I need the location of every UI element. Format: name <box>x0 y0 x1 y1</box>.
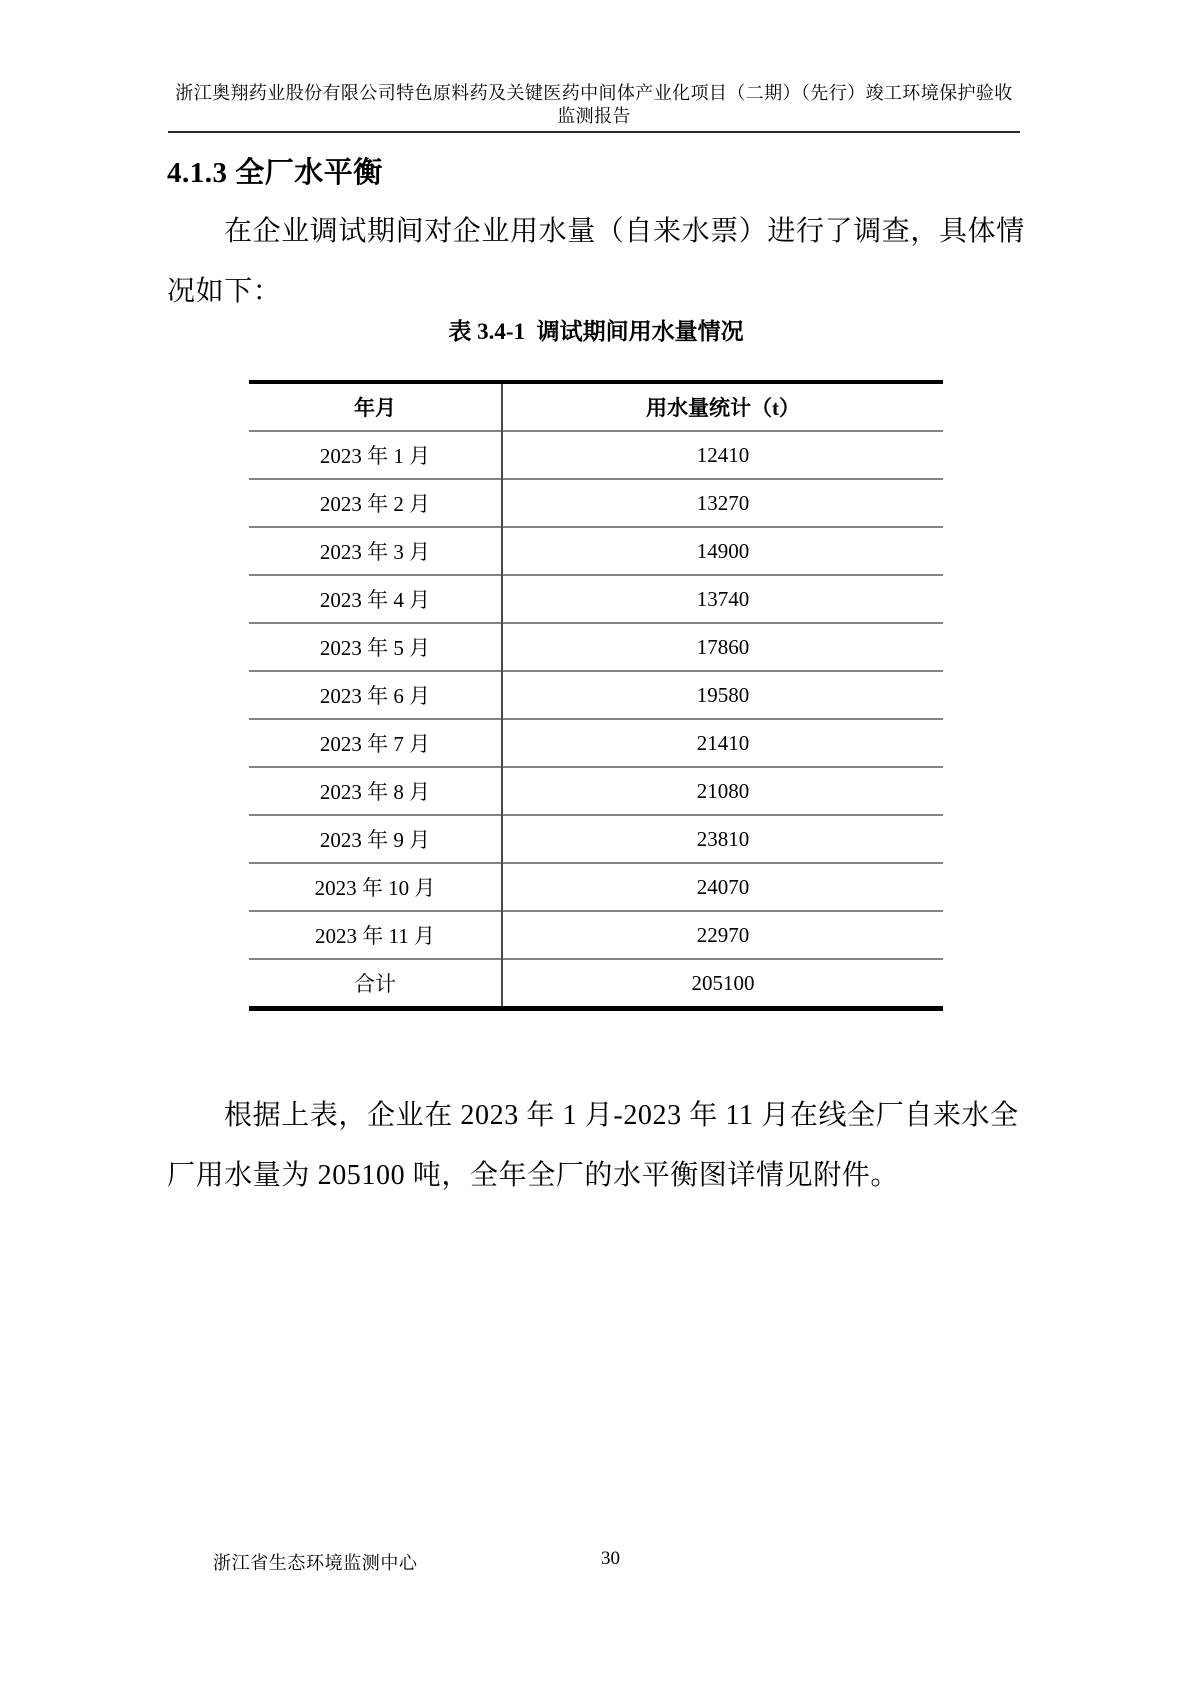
intro-paragraph-line1: 在企业调试期间对企业用水量（自来水票）进行了调查，具体情 <box>224 209 1025 249</box>
table-row: 2023 年 4 月 13740 <box>249 575 943 623</box>
table-row: 2023 年 7 月 21410 <box>249 719 943 767</box>
conclusion-paragraph-line2: 厂用水量为 205100 吨，全年全厂的水平衡图详情见附件。 <box>167 1153 899 1193</box>
table-row: 2023 年 3 月 14900 <box>249 527 943 575</box>
usage-cell: 21080 <box>502 767 943 815</box>
month-cell: 2023 年 6 月 <box>249 671 502 719</box>
usage-cell: 12410 <box>502 431 943 479</box>
water-usage-table: 年月 用水量统计（t） 2023 年 1 月 12410 2023 年 2 月 … <box>249 380 943 1011</box>
usage-cell: 19580 <box>502 671 943 719</box>
column-header-month: 年月 <box>249 382 502 431</box>
table-header-row: 年月 用水量统计（t） <box>249 382 943 431</box>
header-divider <box>168 131 1020 133</box>
month-cell: 2023 年 5 月 <box>249 623 502 671</box>
intro-paragraph-line2: 况如下： <box>167 269 281 309</box>
usage-cell: 13740 <box>502 575 943 623</box>
table-title: 表 3.4-1 调试期间用水量情况 <box>249 313 943 346</box>
month-cell: 2023 年 8 月 <box>249 767 502 815</box>
footer-organization: 浙江省生态环境监测中心 <box>213 1549 418 1575</box>
conclusion-paragraph-line1: 根据上表，企业在 2023 年 1 月-2023 年 11 月在线全厂自来水全 <box>224 1093 1019 1133</box>
month-cell: 2023 年 7 月 <box>249 719 502 767</box>
page-number: 30 <box>601 1548 620 1570</box>
total-label-cell: 合计 <box>249 959 502 1009</box>
document-page: 浙江奥翔药业股份有限公司特色原料药及关键医药中间体产业化项目（二期）（先行）竣工… <box>0 0 1190 1683</box>
running-header: 浙江奥翔药业股份有限公司特色原料药及关键医药中间体产业化项目（二期）（先行）竣工… <box>168 82 1020 128</box>
running-header-line1: 浙江奥翔药业股份有限公司特色原料药及关键医药中间体产业化项目（二期）（先行）竣工… <box>168 82 1020 105</box>
usage-cell: 13270 <box>502 479 943 527</box>
table-row: 2023 年 2 月 13270 <box>249 479 943 527</box>
month-cell: 2023 年 4 月 <box>249 575 502 623</box>
month-cell: 2023 年 11 月 <box>249 911 502 959</box>
total-usage-cell: 205100 <box>502 959 943 1009</box>
month-cell: 2023 年 1 月 <box>249 431 502 479</box>
running-header-line2: 监测报告 <box>168 105 1020 128</box>
table-row: 2023 年 6 月 19580 <box>249 671 943 719</box>
month-cell: 2023 年 3 月 <box>249 527 502 575</box>
usage-cell: 23810 <box>502 815 943 863</box>
table-row: 2023 年 11 月 22970 <box>249 911 943 959</box>
month-cell: 2023 年 9 月 <box>249 815 502 863</box>
usage-cell: 22970 <box>502 911 943 959</box>
table-row: 2023 年 5 月 17860 <box>249 623 943 671</box>
table-row: 2023 年 9 月 23810 <box>249 815 943 863</box>
usage-cell: 21410 <box>502 719 943 767</box>
month-cell: 2023 年 2 月 <box>249 479 502 527</box>
usage-cell: 24070 <box>502 863 943 911</box>
table-row: 2023 年 8 月 21080 <box>249 767 943 815</box>
table-row: 2023 年 1 月 12410 <box>249 431 943 479</box>
usage-cell: 17860 <box>502 623 943 671</box>
table-row: 2023 年 10 月 24070 <box>249 863 943 911</box>
month-cell: 2023 年 10 月 <box>249 863 502 911</box>
table-total-row: 合计 205100 <box>249 959 943 1009</box>
column-header-usage: 用水量统计（t） <box>502 382 943 431</box>
section-heading: 4.1.3 全厂水平衡 <box>167 150 383 191</box>
usage-cell: 14900 <box>502 527 943 575</box>
